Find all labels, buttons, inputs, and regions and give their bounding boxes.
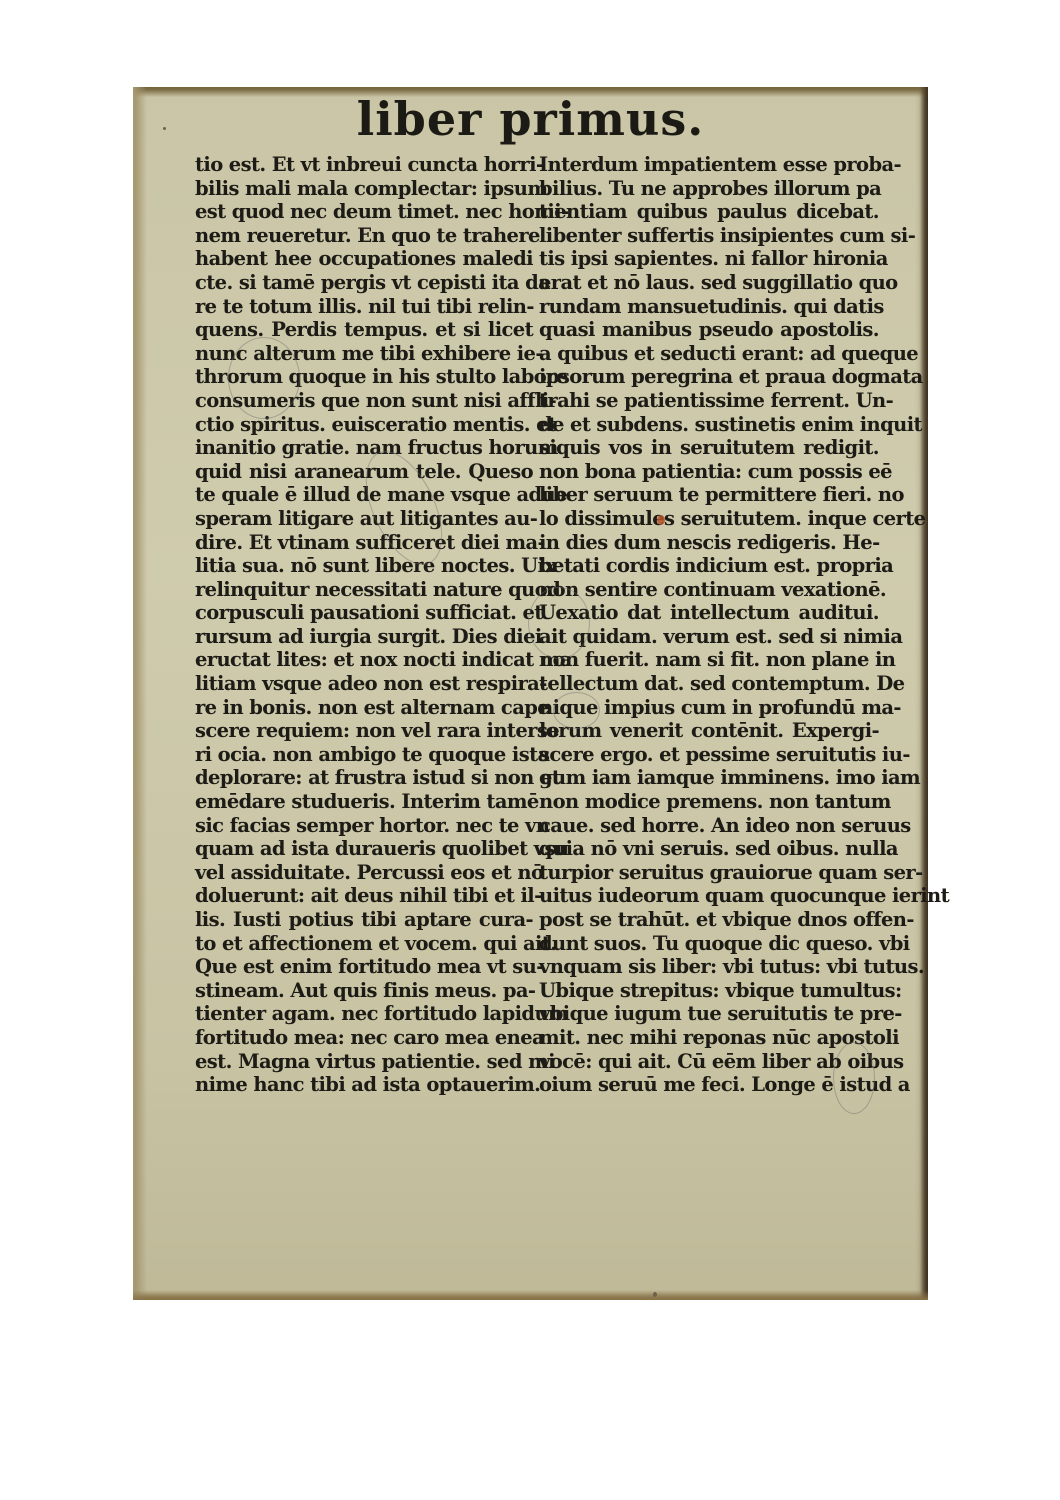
text-line: non bona patientia: cum possis eē	[539, 460, 879, 484]
text-line: liber seruum te permittere fieri. no	[539, 483, 879, 507]
text-line: mit. nec mihi reponas nūc apostoli	[539, 1026, 879, 1050]
text-line: vbique iugum tue seruitutis te pre-	[539, 1002, 879, 1026]
text-line: trahi se patientissime ferrent. Un-	[539, 389, 879, 413]
stamp-outline	[528, 587, 590, 659]
text-line: ipsorum peregrina et praua dogmata	[539, 365, 879, 389]
page-right-edge	[920, 87, 928, 1300]
text-line: tellectum dat. sed contemptum. De	[539, 672, 879, 696]
text-line: vnquam sis liber: vbi tutus: vbi tutus.	[539, 955, 879, 979]
paper-fleck	[653, 1292, 657, 1297]
paper-fleck	[163, 127, 166, 130]
text-line: tienter agam. nec fortitudo lapidum	[195, 1002, 533, 1026]
text-line: dunt suos. Tu quoque dic queso. vbi	[539, 932, 879, 956]
text-line: eructat lites: et nox nocti indicat ma	[195, 648, 533, 672]
text-line: lo dissimules seruitutem. inque certe	[539, 507, 879, 531]
text-line: non sentire continuam vexationē.	[539, 578, 879, 602]
text-line: re te totum illis. nil tui tibi relin-	[195, 295, 533, 319]
text-line: litia sua. nō sunt libere noctes. Uix	[195, 554, 533, 578]
text-line: turpior seruitus grauiorue quam ser-	[539, 861, 879, 885]
text-line: inanitio gratie. nam fructus horum	[195, 436, 533, 460]
text-line: a quibus et seducti erant: ad queque	[539, 342, 879, 366]
text-line: ri ocia. non ambigo te quoque ista	[195, 743, 533, 767]
text-line: quid nisi aranearum tele. Queso	[195, 460, 533, 484]
text-line: quia nō vni seruis. sed oibus. nulla	[539, 837, 879, 861]
text-line: oium seruū me feci. Longe ē istud a	[539, 1073, 879, 1097]
text-line: te quale ē illud de mane vsque adue	[195, 483, 533, 507]
text-column-right: Interdum impatientem esse proba-bilius. …	[539, 153, 879, 1097]
text-line: rundam mansuetudinis. qui datis	[539, 295, 879, 319]
text-line: scere requiem: non vel rara interse	[195, 719, 533, 743]
text-line: bilius. Tu ne approbes illorum pa	[539, 177, 879, 201]
text-line: deplorare: at frustra istud si non et	[195, 766, 533, 790]
text-line: est quod nec deum timet. nec homi-	[195, 200, 533, 224]
stamp-outline	[553, 692, 600, 729]
text-line: emēdare studueris. Interim tamē	[195, 790, 533, 814]
text-line: doluerunt: ait deus nihil tibi et il-	[195, 884, 533, 908]
text-line: quam ad ista duraueris quolibet vsu	[195, 837, 533, 861]
text-line: siquis vos in seruitutem redigit.	[539, 436, 879, 460]
text-line: ait quidam. verum est. sed si nimia	[539, 625, 879, 649]
text-line: quasi manibus pseudo apostolis.	[539, 318, 879, 342]
text-line: betati cordis indicium est. propria	[539, 554, 879, 578]
text-line: speram litigare aut litigantes au-	[195, 507, 533, 531]
text-line: Uexatio dat intellectum auditui.	[539, 601, 879, 625]
text-line: tio est. Et vt inbreui cuncta horri-	[195, 153, 533, 177]
text-line: bilis mali mala complectar: ipsum	[195, 177, 533, 201]
running-head: liber primus.	[133, 89, 928, 149]
text-line: scere ergo. et pessime seruitutis iu-	[539, 743, 879, 767]
text-line: cte. si tamē pergis vt cepisti ita da	[195, 271, 533, 295]
text-line: rursum ad iurgia surgit. Dies diei	[195, 625, 533, 649]
text-line: non modice premens. non tantum	[539, 790, 879, 814]
text-line: vocē: qui ait. Cū eēm liber ab oibus	[539, 1050, 879, 1074]
text-line: sic facias semper hortor. nec te vn	[195, 814, 533, 838]
text-column-left: tio est. Et vt inbreui cuncta horri-bili…	[195, 153, 533, 1097]
text-line: Que est enim fortitudo mea vt su-	[195, 955, 533, 979]
page-left-edge	[133, 87, 147, 1300]
text-line: in dies dum nescis redigeris. He-	[539, 531, 879, 555]
text-line: ctio spiritus. euisceratio mentis. et	[195, 413, 533, 437]
text-line: tis ipsi sapientes. ni fallor hironia	[539, 247, 879, 271]
text-line: lis. Iusti potius tibi aptare cura-	[195, 908, 533, 932]
text-line: nime hanc tibi ad ista optauerim.	[195, 1073, 533, 1097]
text-line: de et subdens. sustinetis enim inquit	[539, 413, 879, 437]
text-line: re in bonis. non est alternam cape	[195, 696, 533, 720]
stamp-outline	[833, 1042, 875, 1114]
text-line: Interdum impatientem esse proba-	[539, 153, 879, 177]
text-line: corpusculi pausationi sufficiat. et	[195, 601, 533, 625]
manuscript-page: liber primus. tio est. Et vt inbreui cun…	[133, 87, 928, 1300]
text-line: Ubique strepitus: vbique tumultus:	[539, 979, 879, 1003]
text-line: caue. sed horre. An ideo non seruus	[539, 814, 879, 838]
text-line: uitus iudeorum quam quocunque ierint	[539, 884, 879, 908]
text-line: fortitudo mea: nec caro mea enea	[195, 1026, 533, 1050]
text-line: litiam vsque adeo non est respira-	[195, 672, 533, 696]
red-ink-mark	[657, 515, 665, 525]
text-line: relinquitur necessitati nature quod	[195, 578, 533, 602]
text-line: quens. Perdis tempus. et si licet	[195, 318, 533, 342]
text-line: tientiam quibus paulus dicebat.	[539, 200, 879, 224]
text-line: nem reueretur. En quo te trahere	[195, 224, 533, 248]
text-line: erat et nō laus. sed suggillatio quo	[539, 271, 879, 295]
text-line: dire. Et vtinam sufficeret diei ma-	[195, 531, 533, 555]
stamp-outline	[228, 337, 300, 419]
text-line: to et affectionem et vocem. qui ait.	[195, 932, 533, 956]
text-line: habent hee occupationes maledi	[195, 247, 533, 271]
text-line: vel assiduitate. Percussi eos et nō	[195, 861, 533, 885]
text-line: non fuerit. nam si fit. non plane in	[539, 648, 879, 672]
text-line: post se trahūt. et vbique dnos offen-	[539, 908, 879, 932]
text-line: stineam. Aut quis finis meus. pa-	[195, 979, 533, 1003]
text-line: libenter suffertis insipientes cum si-	[539, 224, 879, 248]
page-bottom-edge	[133, 1290, 928, 1300]
text-line: gum iam iamque imminens. imo iam	[539, 766, 879, 790]
text-line: est. Magna virtus patientie. sed mi	[195, 1050, 533, 1074]
